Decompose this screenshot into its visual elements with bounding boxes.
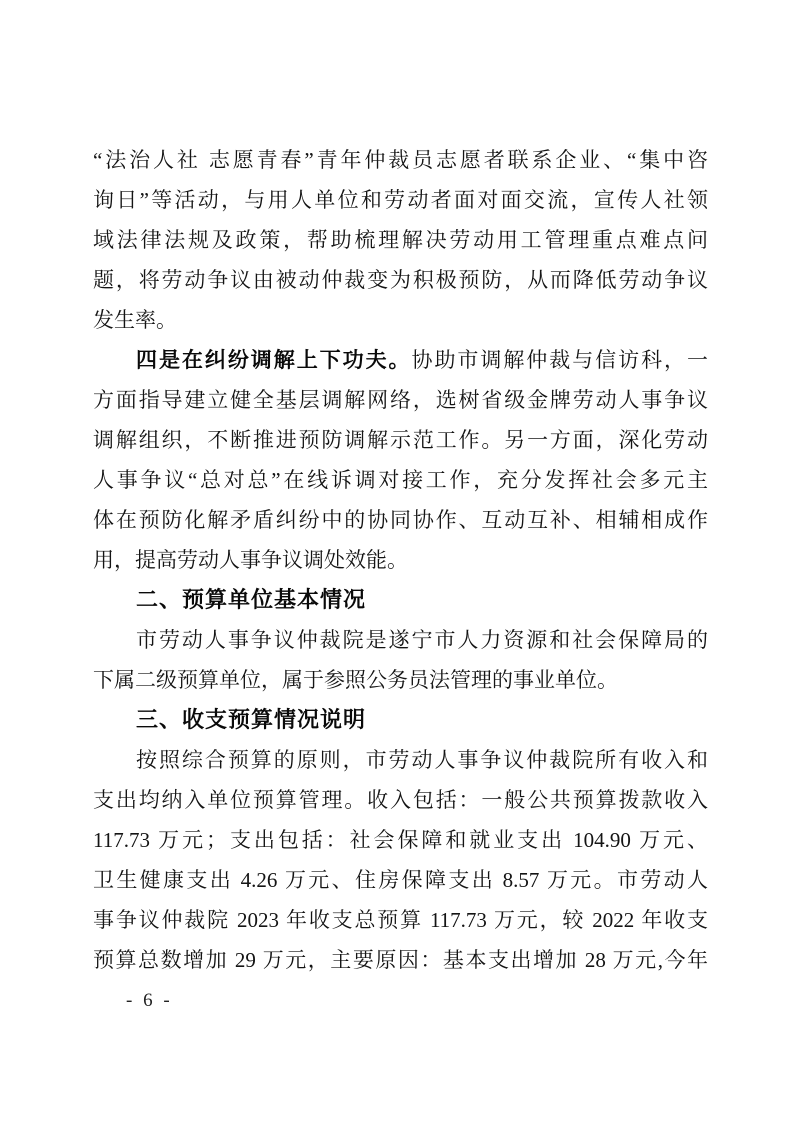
para-mediation-line-1-rest: 协助市调解仲裁与信访科，一 (412, 348, 709, 372)
para-budget-detail-line-2: 支出均纳入单位预算管理。收入包括：一般公共预算拨款收入 (93, 780, 708, 820)
para-mediation-line-4: 人事争议“总对总”在线诉调对接工作，充分发挥社会多元主 (93, 460, 708, 500)
para-budget-detail-line-5: 事争议仲裁院 2023 年收支总预算 117.73 万元，较 2022 年收支 (93, 900, 708, 940)
para-unit-info-line-2: 下属二级预算单位，属于参照公务员法管理的事业单位。 (93, 660, 708, 700)
page-number: - 6 - (126, 986, 173, 1016)
para-mediation-bold-lead: 四是在纠纷调解上下功夫。 (136, 349, 412, 372)
para-budget-detail-line-4: 卫生健康支出 4.26 万元、住房保障支出 8.57 万元。市劳动人 (93, 860, 708, 900)
para-volunteer-line-3: 域法律法规及政策，帮助梳理解决劳动用工管理重点难点问 (93, 220, 708, 260)
para-volunteer-line-4: 题，将劳动争议由被动仲裁变为积极预防，从而降低劳动争议 (93, 260, 708, 300)
para-volunteer-line-2: 询日”等活动，与用人单位和劳动者面对面交流，宣传人社领 (93, 180, 708, 220)
para-mediation-line-1: 四是在纠纷调解上下功夫。协助市调解仲裁与信访科，一 (93, 340, 708, 380)
page-body-text: “法治人社 志愿青春”青年仲裁员志愿者联系企业、“集中咨 询日”等活动，与用人单… (93, 140, 708, 980)
para-budget-detail-line-1: 按照综合预算的原则，市劳动人事争议仲裁院所有收入和 (93, 740, 708, 780)
para-mediation-line-2: 方面指导建立健全基层调解网络，选树省级金牌劳动人事争议 (93, 380, 708, 420)
section-heading-budget-explain: 三、收支预算情况说明 (93, 700, 708, 740)
para-mediation-line-5: 体在预防化解矛盾纠纷中的协同协作、互动互补、相辅相成作 (93, 500, 708, 540)
para-mediation-line-6: 用，提高劳动人事争议调处效能。 (93, 540, 708, 580)
para-budget-detail-line-3: 117.73 万元；支出包括：社会保障和就业支出 104.90 万元、 (93, 820, 708, 860)
para-unit-info-line-1: 市劳动人事争议仲裁院是遂宁市人力资源和社会保障局的 (93, 620, 708, 660)
para-volunteer-line-1: “法治人社 志愿青春”青年仲裁员志愿者联系企业、“集中咨 (93, 140, 708, 180)
para-mediation-line-3: 调解组织，不断推进预防调解示范工作。另一方面，深化劳动 (93, 420, 708, 460)
para-volunteer-line-5: 发生率。 (93, 300, 708, 340)
para-budget-detail-line-6: 预算总数增加 29 万元，主要原因：基本支出增加 28 万元,今年 (93, 940, 708, 980)
document-page: “法治人社 志愿青春”青年仲裁员志愿者联系企业、“集中咨 询日”等活动，与用人单… (0, 0, 793, 1122)
section-heading-budget-unit: 二、预算单位基本情况 (93, 580, 708, 620)
